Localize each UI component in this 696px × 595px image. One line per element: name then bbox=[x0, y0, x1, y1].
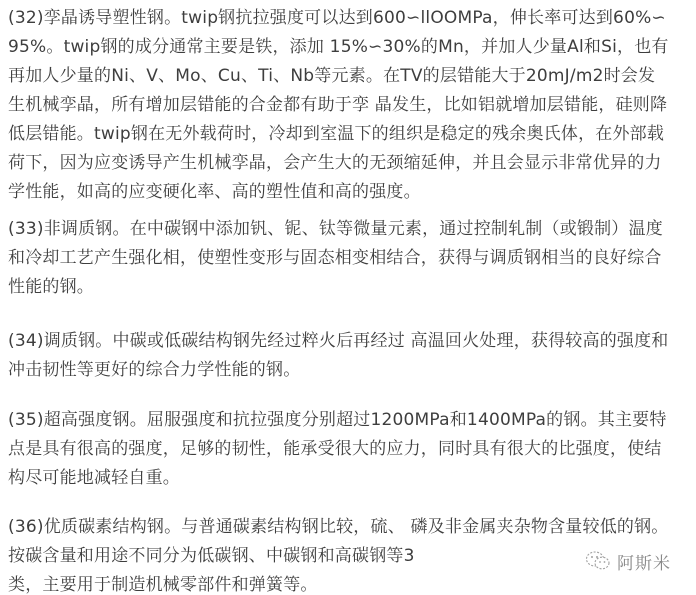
text-line: 荷下，因为应变诱导产生机械孪晶，会产生大的无颈缩延伸，并且会显示非常优异的力 bbox=[8, 149, 692, 178]
watermark-text: 阿斯米 bbox=[617, 549, 671, 574]
text-line: 生机械孪晶，所有增加层错能的合金都有助于孪 晶发生，比如铝就增加层错能，硅则降 bbox=[8, 91, 692, 120]
text-line: (34)调质钢。中碳或低碳结构钢先经过粹火后再经过 高温回火处理，获得较高的强度… bbox=[8, 327, 692, 356]
text-line: 类，主要用于制造机械零部件和弹簧等。 bbox=[8, 571, 692, 595]
text-line: (33)非调质钢。在中碳钢中添加钒、铌、钛等微量元素，通过控制轧制（或锻制）温度 bbox=[8, 215, 692, 244]
text-line: (35)超高强度钢。屈服强度和抗拉强度分别超过1200MPa和1400MPa的钢… bbox=[8, 406, 692, 435]
text-line: (36)优质碳素结构钢。与普通碳素结构钢比较，硫、 磷及非金属夹杂物含量较低的钢… bbox=[8, 513, 692, 542]
paragraph-35: (35)超高强度钢。屈服强度和抗拉强度分别超过1200MPa和1400MPa的钢… bbox=[8, 406, 692, 493]
text-line: 和冷却工艺产生强化相，使塑性变形与固态相变相结合，获得与调质钢相当的良好综合 bbox=[8, 244, 692, 273]
text-line: 性能的钢。 bbox=[8, 273, 692, 302]
wechat-icon bbox=[585, 550, 611, 572]
text-line: 再加人少量的Ni、V、Mo、Cu、Ti、Nb等元素。在TV的层错能大于20mJ/… bbox=[8, 62, 692, 91]
watermark: 阿斯米 bbox=[585, 548, 671, 574]
text-line: 构尽可能地减轻自重。 bbox=[8, 464, 692, 493]
paragraph-32: (32)孪晶诱导塑性钢。twip钢抗拉强度可以达到600∽llOOMPa，伸长率… bbox=[8, 4, 692, 207]
text-line: 95%。twip钢的成分通常主要是铁，添加 15%∽30%的Mn，并加人少量Al… bbox=[8, 33, 692, 62]
paragraph-34: (34)调质钢。中碳或低碳结构钢先经过粹火后再经过 高温回火处理，获得较高的强度… bbox=[8, 327, 692, 385]
text-line: 冲击韧性等更好的综合力学性能的钢。 bbox=[8, 356, 692, 385]
text-line: (32)孪晶诱导塑性钢。twip钢抗拉强度可以达到600∽llOOMPa，伸长率… bbox=[8, 4, 692, 33]
text-line: 学性能，如高的应变硬化率、高的塑性值和高的强度。 bbox=[8, 178, 692, 207]
text-line: 低层错能。twip钢在无外载荷时，冷却到室温下的组织是稳定的残余奥氏体，在外部载 bbox=[8, 120, 692, 149]
text-line: 点是具有很高的强度，足够的韧性，能承受很大的应力，同时具有很大的比强度，使结 bbox=[8, 435, 692, 464]
paragraph-33: (33)非调质钢。在中碳钢中添加钒、铌、钛等微量元素，通过控制轧制（或锻制）温度… bbox=[8, 215, 692, 302]
